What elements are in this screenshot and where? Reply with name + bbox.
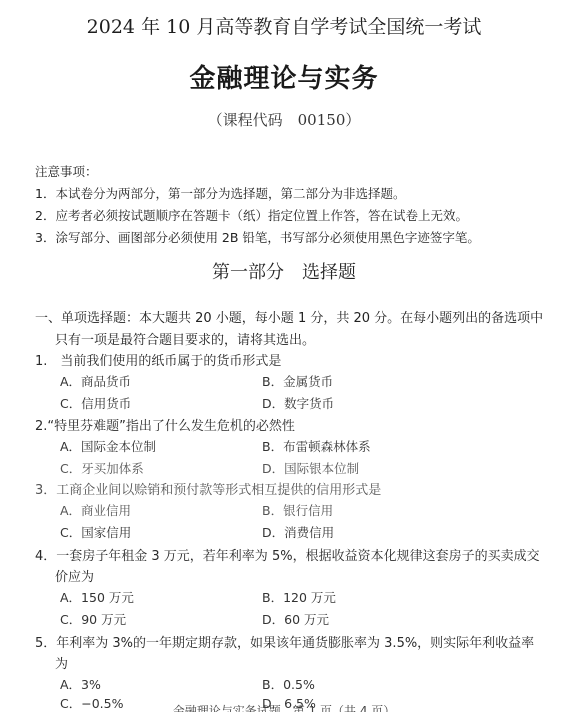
option-d: D．数字货币	[262, 394, 334, 412]
option-c: C．牙买加体系	[60, 459, 144, 477]
option-b: B．金属货币	[262, 372, 333, 390]
question-stem-cont: 为	[55, 653, 68, 672]
option-a: A．商品货币	[60, 372, 131, 390]
option-c: C．信用货币	[60, 394, 131, 412]
option-b: B．银行信用	[262, 501, 333, 519]
option-d: D．60 万元	[262, 610, 329, 628]
option-a: A．150 万元	[60, 588, 134, 606]
option-a: A．商业信用	[60, 501, 131, 519]
option-b: B．布雷顿森林体系	[262, 437, 371, 455]
page-footer: 金融理论与实务试题 第 1 页（共 4 页）	[0, 702, 568, 712]
notice-item: 1．本试卷分为两部分，第一部分为选择题，第二部分为非选择题。	[35, 184, 405, 202]
option-d: D．消费信用	[262, 523, 334, 541]
question-stem: 1. 当前我们使用的纸币属于的货币形式是	[35, 350, 281, 369]
notice-heading: 注意事项：	[35, 162, 98, 180]
exam-title: 2024 年 10 月高等教育自学考试全国统一考试	[0, 12, 568, 39]
option-c: C．国家信用	[60, 523, 131, 541]
option-c: C．90 万元	[60, 610, 126, 628]
section-instruction-cont: 只有一项是最符合题目要求的，请将其选出。	[55, 329, 315, 348]
notice-item: 3．涂写部分、画图部分必须使用 2B 铅笔，书写部分必须使用黑色字迹签字笔。	[35, 228, 480, 246]
question-stem: 3．工商企业间以赊销和预付款等形式相互提供的信用形式是	[35, 479, 381, 498]
notice-item: 2．应考者必须按试题顺序在答题卡（纸）指定位置上作答，答在试卷上无效。	[35, 206, 468, 224]
option-a: A．3%	[60, 675, 101, 693]
option-d: D．国际银本位制	[262, 459, 359, 477]
option-a: A．国际金本位制	[60, 437, 156, 455]
section-instruction: 一、单项选择题：本大题共 20 小题，每小题 1 分，共 20 分。在每小题列出…	[35, 307, 543, 326]
question-stem: 2.“特里芬难题”指出了什么发生危机的必然性	[35, 415, 295, 434]
question-stem: 4．一套房子年租金 3 万元，若年利率为 5%，根据收益资本化规律这套房子的买卖…	[35, 545, 540, 564]
question-stem: 5．年利率为 3%的一年期定期存款，如果该年通货膨胀率为 3.5%，则实际年利收…	[35, 632, 534, 651]
course-code: （课程代码 00150）	[0, 109, 568, 130]
question-stem-cont: 价应为	[55, 566, 94, 585]
option-b: B．0.5%	[262, 675, 315, 693]
subject-title: 金融理论与实务	[0, 58, 568, 95]
part-title: 第一部分 选择题	[0, 258, 568, 284]
option-b: B．120 万元	[262, 588, 336, 606]
